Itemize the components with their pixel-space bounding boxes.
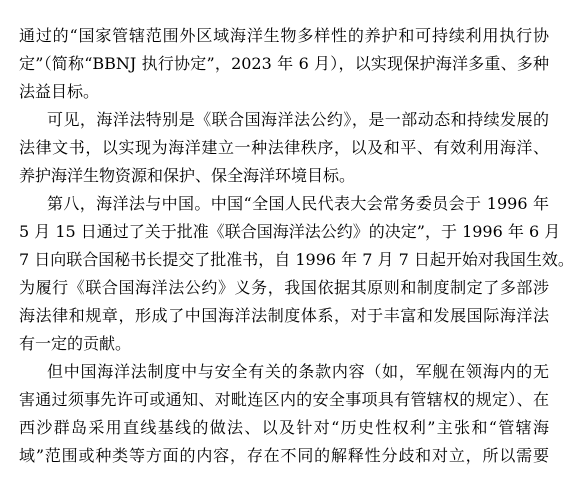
text-line: 可见，海洋法特别是《联合国海洋法公约》，是一部动态和持续发展的	[19, 106, 549, 134]
text-line: 法益目标。	[19, 78, 549, 106]
document-text: 通过的“国家管辖范围外区域海洋生物多样性的养护和可持续利用执行协定”（简称“BB…	[0, 0, 572, 489]
text-line: 第八，海洋法与中国。中国“全国人民代表大会常务委员会于 1996 年	[19, 190, 549, 218]
text-line: 法律文书，以实现为海洋建立一种法律秩序，以及和平、有效利用海洋、	[19, 134, 549, 162]
text-line: 但中国海洋法制度中与安全有关的条款内容（如，军舰在领海内的无	[19, 358, 549, 386]
text-line: 西沙群岛采用直线基线的做法、以及针对“历史性权利”主张和“管辖海	[19, 414, 549, 442]
paragraph: 可见，海洋法特别是《联合国海洋法公约》，是一部动态和持续发展的法律文书，以实现为…	[19, 106, 549, 190]
text-line: 5 月 15 日通过了关于批准《联合国海洋法公约》的决定”，于 1996 年 6…	[19, 218, 549, 246]
text-line: 为履行《联合国海洋法公约》义务，我国依据其原则和制度制定了多部涉	[19, 274, 549, 302]
text-line: 定”（简称“BBNJ 执行协定”，2023 年 6 月），以实现保护海洋多重、多…	[19, 50, 549, 78]
paragraph: 通过的“国家管辖范围外区域海洋生物多样性的养护和可持续利用执行协定”（简称“BB…	[19, 22, 549, 106]
text-line: 域”范围或种类等方面的内容，存在不同的解释性分歧和对立，所以需要	[19, 442, 549, 470]
text-line: 害通过须事先许可或通知、对毗连区内的安全事项具有管辖权的规定）、在	[19, 386, 549, 414]
text-line: 养护海洋生物资源和保护、保全海洋环境目标。	[19, 162, 549, 190]
text-line: 海法律和规章，形成了中国海洋法制度体系，对于丰富和发展国际海洋法	[19, 302, 549, 330]
document-page: 通过的“国家管辖范围外区域海洋生物多样性的养护和可持续利用执行协定”（简称“BB…	[0, 0, 572, 489]
text-line: 7 日向联合国秘书长提交了批准书，自 1996 年 7 月 7 日起开始对我国生…	[19, 246, 549, 274]
paragraph: 但中国海洋法制度中与安全有关的条款内容（如，军舰在领海内的无害通过须事先许可或通…	[19, 358, 549, 470]
text-line: 有一定的贡献。	[19, 330, 549, 358]
text-line: 通过的“国家管辖范围外区域海洋生物多样性的养护和可持续利用执行协	[19, 22, 549, 50]
paragraph: 第八，海洋法与中国。中国“全国人民代表大会常务委员会于 1996 年5 月 15…	[19, 190, 549, 358]
